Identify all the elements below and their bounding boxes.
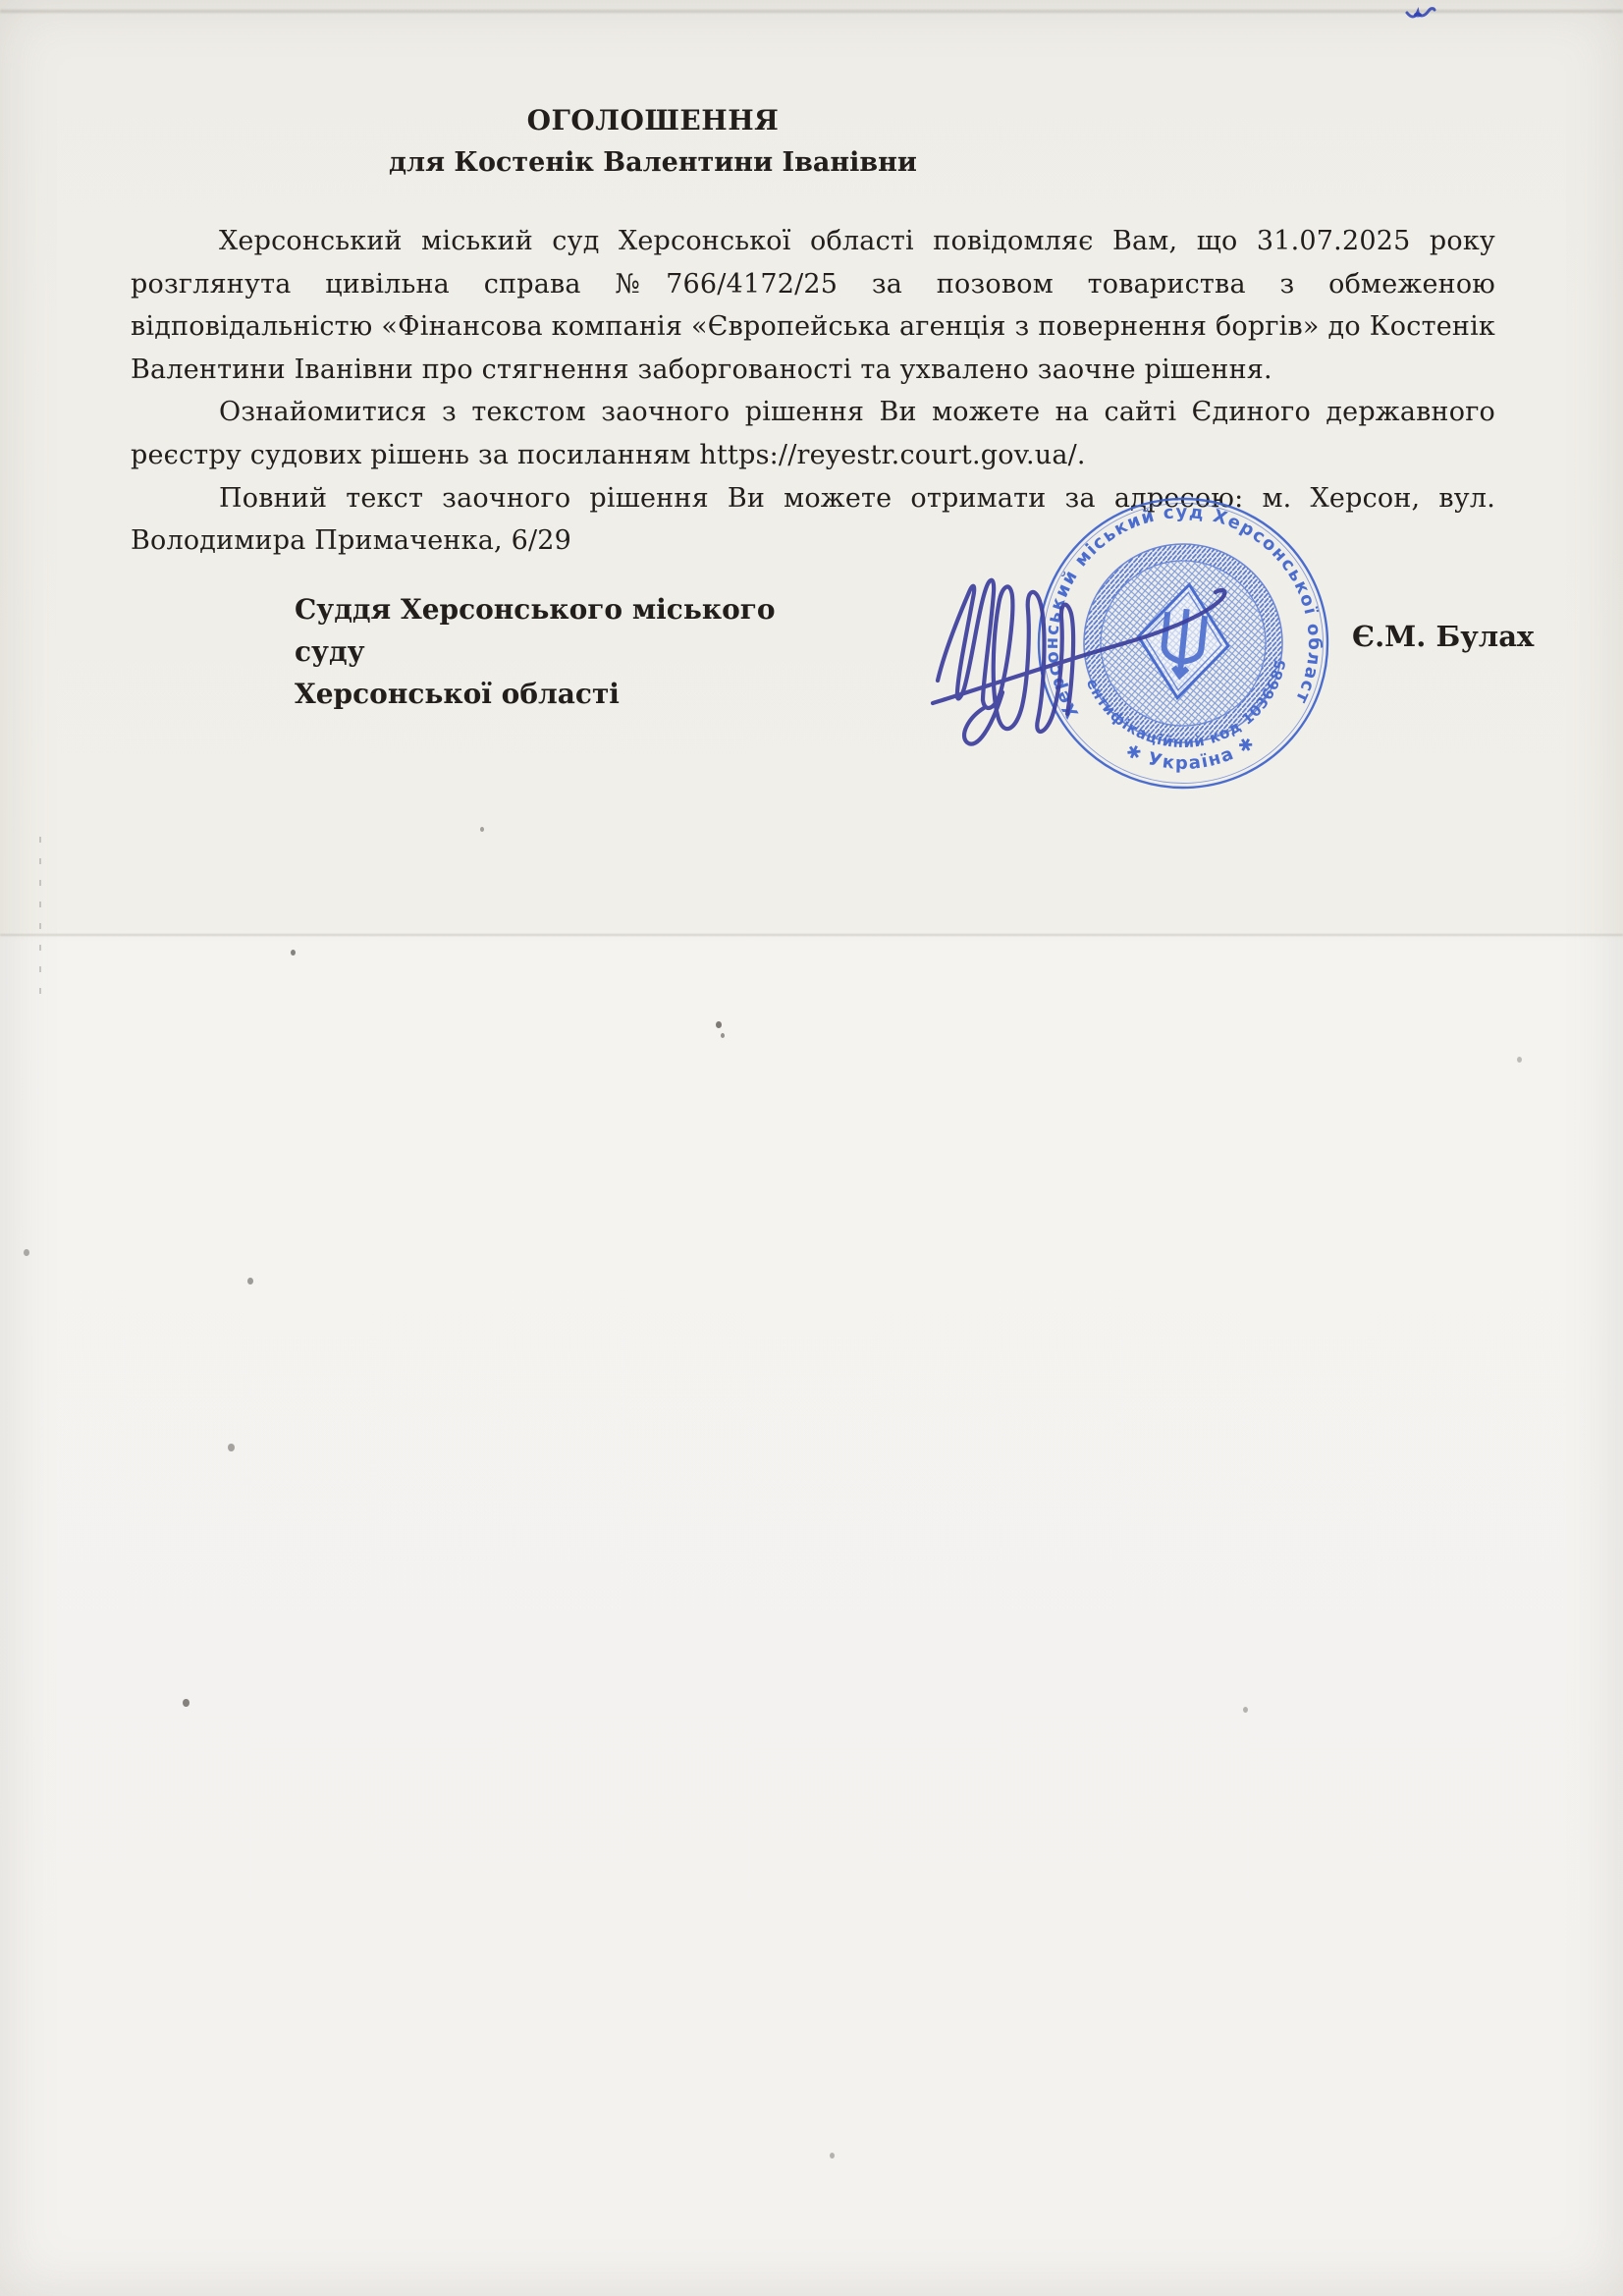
scan-speck <box>830 2153 835 2159</box>
document-subtitle: для Костенік Валентини Іванівни <box>0 145 1306 181</box>
scan-band-line <box>0 934 1623 936</box>
scan-speck <box>24 1249 29 1256</box>
scan-speck <box>291 950 296 956</box>
paragraph-line: відповідальністю «Фінансова компанія «Єв… <box>131 305 1495 349</box>
paragraph-line: Валентини Іванівни про стягнення заборго… <box>131 349 1495 392</box>
scan-speck <box>183 1699 189 1707</box>
judge-name: Є.М. Булах <box>1352 620 1534 653</box>
scan-speck <box>1517 1057 1522 1063</box>
paragraph-line: Херсонський міський суд Херсонської обла… <box>131 220 1495 263</box>
scan-speck <box>228 1444 235 1451</box>
paragraph-line: реєстру судових рішень за посиланням htt… <box>131 434 1495 477</box>
paragraph-line: розглянута цивільна справа №766/4172/25 … <box>131 263 1495 306</box>
scan-speck <box>1243 1707 1248 1713</box>
scan-edge-line-top <box>0 10 1623 13</box>
judge-role-line2: Херсонської області <box>295 673 844 715</box>
scanned-document-page: ОГОЛОШЕННЯ для Костенік Валентини Іванів… <box>0 0 1623 2296</box>
scan-speck <box>716 1021 722 1028</box>
judge-role-text: Суддя Херсонського міського суду Херсонс… <box>295 588 844 715</box>
signature-ink <box>908 545 1247 766</box>
scan-edge-artifact <box>39 837 41 994</box>
ink-smudge-mark <box>1404 3 1437 23</box>
scan-speck <box>247 1278 253 1285</box>
scan-speck <box>721 1033 725 1038</box>
document-title: ОГОЛОШЕННЯ <box>0 102 1306 139</box>
scan-speck <box>480 827 484 832</box>
document-header: ОГОЛОШЕННЯ для Костенік Валентини Іванів… <box>0 102 1306 181</box>
paragraph-line: Ознайомитися з текстом заочного рішення … <box>131 391 1495 434</box>
judge-role-line1: Суддя Херсонського міського суду <box>295 588 844 673</box>
